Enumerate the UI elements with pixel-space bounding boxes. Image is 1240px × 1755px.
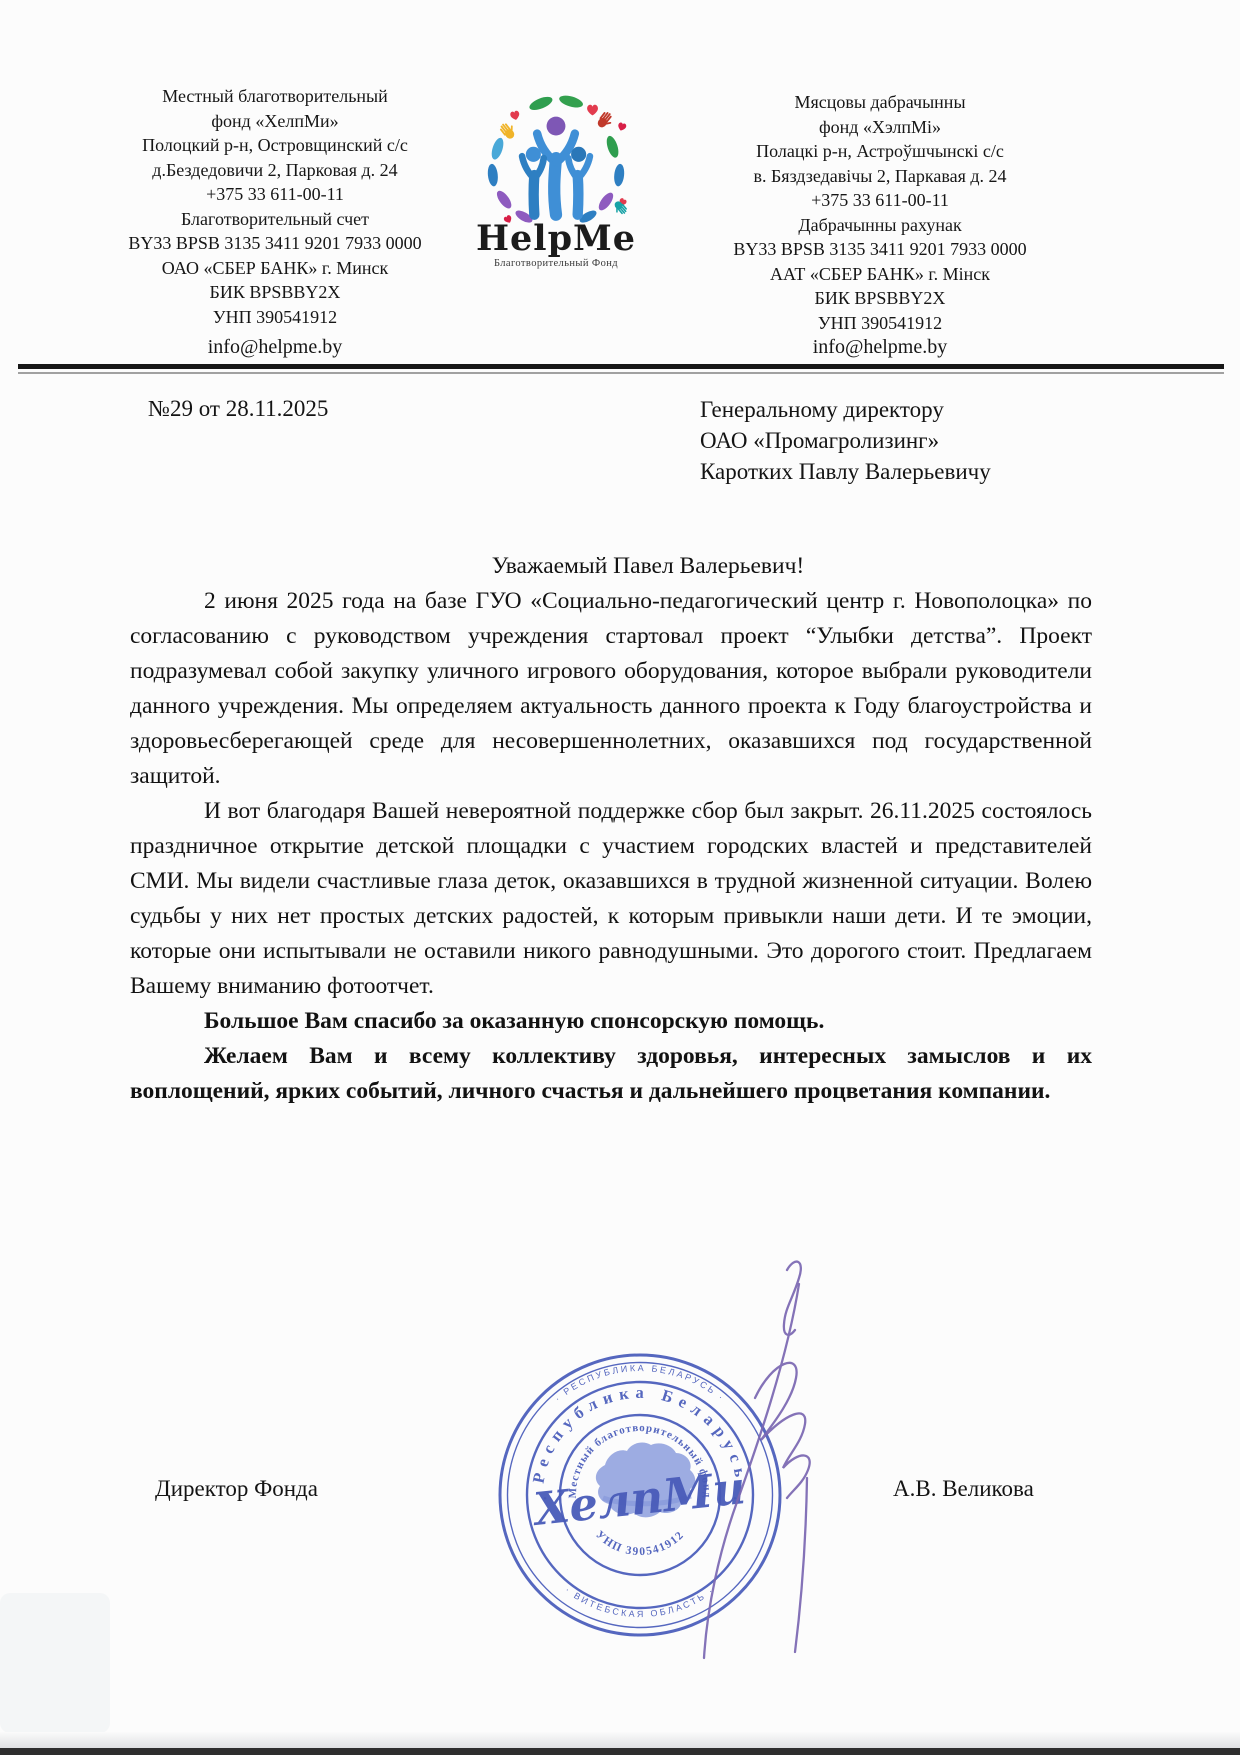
director-title: Директор Фонда <box>155 1476 318 1502</box>
paragraph-project: 2 июня 2025 года на базе ГУО «Социально-… <box>130 584 1092 794</box>
addr-line: BY33 BPSB 3135 3411 9201 7933 0000 <box>660 237 1100 262</box>
addr-line: БИК BPSBBY2X <box>660 286 1100 311</box>
addr-line: в. Бяздзедавічы 2, Паркавая д. 24 <box>660 164 1100 189</box>
email-right: info@helpme.by <box>660 336 1100 359</box>
addr-line: фонд «ХелпМи» <box>85 109 465 134</box>
addr-line: Полоцкий р-н, Островщинский с/с <box>85 133 465 158</box>
salutation: Уважаемый Павел Валерьевич! <box>130 549 1092 584</box>
round-seal-icon: · РЕСПУБЛИКА БЕЛАРУСЬ · · ВИТЕБСКАЯ ОБЛА… <box>455 1240 855 1705</box>
addr-line: фонд «ХэлпМі» <box>660 115 1100 140</box>
recipient-line: Каротких Павлу Валерьевичу <box>700 456 991 487</box>
addr-line: ОАО «СБЕР БАНК» г. Минск <box>85 256 465 281</box>
helpme-logo-tree-icon <box>480 94 632 226</box>
addr-line: Местный благотворительный <box>85 84 465 109</box>
fund-address-belarusian: Мясцовы дабрачынны фонд «ХэлпМі» Полацкі… <box>660 90 1100 335</box>
addr-line: +375 33 611-00-11 <box>660 188 1100 213</box>
recipient-line: Генеральному директору <box>700 394 991 425</box>
addr-line: Дабрачынны рахунак <box>660 213 1100 238</box>
scan-edge-fade <box>0 1732 1240 1748</box>
reference-number: №29 от 28.11.2025 <box>148 396 328 422</box>
stamp-outer-bottom-text: · ВИТЕБСКАЯ ОБЛАСТЬ · <box>563 1585 716 1619</box>
addr-line: +375 33 611-00-11 <box>85 182 465 207</box>
logo-wordmark: HelpMe <box>458 222 654 256</box>
scan-shadow-patch <box>0 1593 110 1733</box>
addr-line: BY33 BPSB 3135 3411 9201 7933 0000 <box>85 231 465 256</box>
handwritten-signature <box>704 1262 810 1658</box>
paragraph-wishes: Желаем Вам и всему коллективу здоровья, … <box>130 1039 1092 1109</box>
fund-address-russian: Местный благотворительный фонд «ХелпМи» … <box>85 84 465 329</box>
recipient-block: Генеральному директору ОАО «Промагролизи… <box>700 394 991 487</box>
letter-page: Местный благотворительный фонд «ХелпМи» … <box>0 0 1240 1755</box>
header-divider <box>18 364 1224 374</box>
recipient-line: ОАО «Промагролизинг» <box>700 425 991 456</box>
addr-line: ААТ «СБЕР БАНК» г. Мінск <box>660 262 1100 287</box>
svg-text:· ВИТЕБСКАЯ ОБЛАСТЬ ·: · ВИТЕБСКАЯ ОБЛАСТЬ · <box>563 1585 716 1619</box>
helpme-logo: HelpMe Благотворительный Фонд <box>458 94 654 269</box>
svg-text:УНП 390541912: УНП 390541912 <box>593 1529 687 1558</box>
logo-subtitle: Благотворительный Фонд <box>458 258 654 269</box>
addr-line: Благотворительный счет <box>85 207 465 232</box>
addr-line: УНП 390541912 <box>85 305 465 330</box>
scan-edge-strip <box>0 1748 1240 1755</box>
stamp-and-signature: · РЕСПУБЛИКА БЕЛАРУСЬ · · ВИТЕБСКАЯ ОБЛА… <box>455 1240 855 1710</box>
stamp-inner-bottom-text: УНП 390541912 <box>593 1529 687 1558</box>
addr-line: БИК BPSBBY2X <box>85 280 465 305</box>
addr-line: д.Бездедовичи 2, Парковая д. 24 <box>85 158 465 183</box>
addr-line: Мясцовы дабрачынны <box>660 90 1100 115</box>
addr-line: Полацкі р-н, Астроўшчынскі с/с <box>660 139 1100 164</box>
addr-line: УНП 390541912 <box>660 311 1100 336</box>
paragraph-opening: И вот благодаря Вашей невероятной поддер… <box>130 794 1092 1004</box>
letter-body: Уважаемый Павел Валерьевич! 2 июня 2025 … <box>130 549 1092 1109</box>
email-left: info@helpme.by <box>85 336 465 359</box>
director-name: А.В. Великова <box>893 1476 1034 1502</box>
paragraph-thanks: Большое Вам спасибо за оказанную спонсор… <box>130 1004 1092 1039</box>
